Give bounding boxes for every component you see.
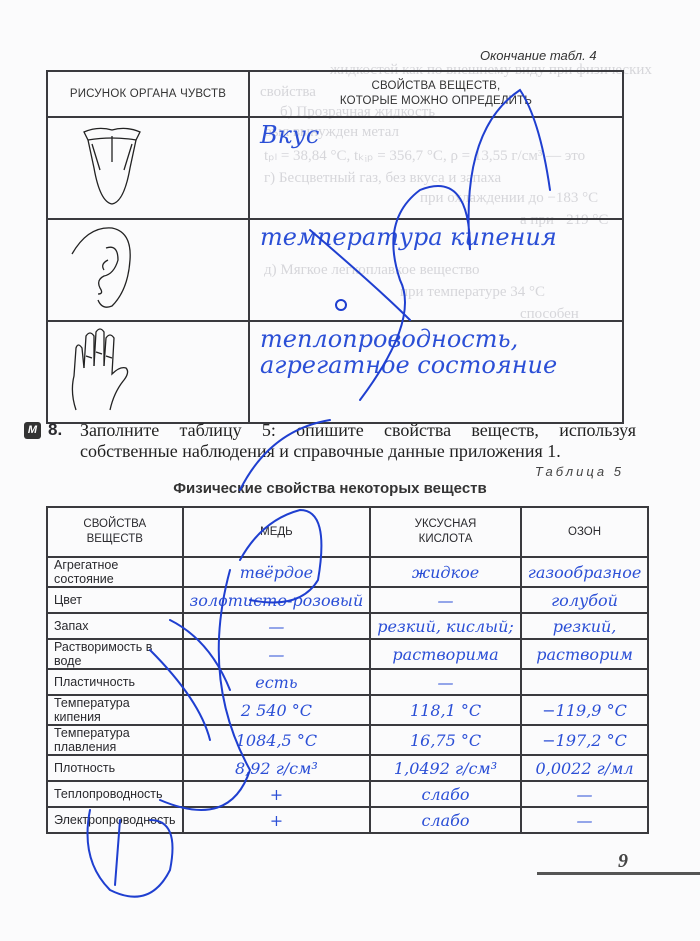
copper-value: + [183, 807, 371, 833]
ozone-value [521, 669, 649, 695]
acetic-acid-value: резкий, кислый; [370, 613, 521, 639]
task-text: Заполните таблицу 5: опишите свойства ве… [80, 420, 636, 462]
copper-value: 2 540 °C [183, 695, 371, 725]
copper-value: есть [183, 669, 371, 695]
table5-label: Таблица 5 [535, 464, 624, 479]
acetic-acid-value: — [370, 587, 521, 613]
table-row: Электропроводность+слабо— [47, 807, 648, 833]
copper-value: твёрдое [183, 557, 371, 587]
property-label: Температура кипения [47, 695, 183, 725]
property-label: Агрегатное состояние [47, 557, 183, 587]
task-number: 8. [48, 420, 62, 440]
table4-header-organ: РИСУНОК ОРГАНА ЧУВСТВ [47, 71, 249, 117]
ozone-value: растворим [521, 639, 649, 669]
acetic-acid-value: — [370, 669, 521, 695]
ozone-value: 0,0022 г/мл [521, 755, 649, 781]
ozone-value: газообразное [521, 557, 649, 587]
property-label: Плотность [47, 755, 183, 781]
acetic-acid-value: 16,75 °C [370, 725, 521, 755]
table5-physical-properties: СВОЙСТВА ВЕЩЕСТВ МЕДЬ УКСУСНАЯ КИСЛОТА О… [46, 506, 649, 834]
property-label: Пластичность [47, 669, 183, 695]
table5-header-ozone: ОЗОН [521, 507, 649, 557]
page-number: 9 [618, 850, 628, 873]
ozone-value: — [521, 781, 649, 807]
copper-value: — [183, 639, 371, 669]
table-row: Вкус [47, 117, 623, 219]
ear-icon [48, 220, 248, 312]
table-row: Температура плавления1084,5 °C16,75 °C−1… [47, 725, 648, 755]
copper-value: золотисто-розовый [183, 587, 371, 613]
ozone-value: голубой [521, 587, 649, 613]
table4-answer-hearing: температура кипения [249, 219, 623, 321]
table5-header-row: СВОЙСТВА ВЕЩЕСТВ МЕДЬ УКСУСНАЯ КИСЛОТА О… [47, 507, 648, 557]
table-row: теплопроводность, агрегатное состояние [47, 321, 623, 423]
table4-answer-taste: Вкус [249, 117, 623, 219]
copper-value: 8,92 г/см³ [183, 755, 371, 781]
ozone-value: — [521, 807, 649, 833]
table5-header-property: СВОЙСТВА ВЕЩЕСТВ [47, 507, 183, 557]
table-row: Агрегатное состояниетвёрдоежидкоегазообр… [47, 557, 648, 587]
table-row: температура кипения [47, 219, 623, 321]
table4-header-properties: СВОЙСТВА ВЕЩЕСТВ, КОТОРЫЕ МОЖНО ОПРЕДЕЛИ… [249, 71, 623, 117]
ozone-value: −197,2 °C [521, 725, 649, 755]
property-label: Электропроводность [47, 807, 183, 833]
acetic-acid-value: слабо [370, 807, 521, 833]
page-footer-rule [537, 872, 700, 875]
ozone-value: резкий, [521, 613, 649, 639]
table-row: Растворимость в воде—растворимарастворим [47, 639, 648, 669]
table-row: Плотность8,92 г/см³1,0492 г/см³0,0022 г/… [47, 755, 648, 781]
property-label: Теплопроводность [47, 781, 183, 807]
table4-organ-cell [47, 117, 249, 219]
copper-value: — [183, 613, 371, 639]
acetic-acid-value: слабо [370, 781, 521, 807]
acetic-acid-value: 118,1 °C [370, 695, 521, 725]
table4-sense-organs: РИСУНОК ОРГАНА ЧУВСТВ СВОЙСТВА ВЕЩЕСТВ, … [46, 70, 624, 424]
table4-organ-cell [47, 219, 249, 321]
property-label: Растворимость в воде [47, 639, 183, 669]
table5-header-copper: МЕДЬ [183, 507, 371, 557]
table-row: Пластичностьесть— [47, 669, 648, 695]
table5-header-acetic-acid: УКСУСНАЯ КИСЛОТА [370, 507, 521, 557]
table4-continuation-label: Окончание табл. 4 [480, 48, 597, 63]
copper-value: 1084,5 °C [183, 725, 371, 755]
copper-value: + [183, 781, 371, 807]
acetic-acid-value: растворима [370, 639, 521, 669]
table5-title: Физические свойства некоторых веществ [0, 480, 660, 497]
property-label: Цвет [47, 587, 183, 613]
table4-header-row: РИСУНОК ОРГАНА ЧУВСТВ СВОЙСТВА ВЕЩЕСТВ, … [47, 71, 623, 117]
table4-organ-cell [47, 321, 249, 423]
table-row: Цветзолотисто-розовый—голубой [47, 587, 648, 613]
ozone-value: −119,9 °C [521, 695, 649, 725]
acetic-acid-value: 1,0492 г/см³ [370, 755, 521, 781]
property-label: Температура плавления [47, 725, 183, 755]
property-label: Запах [47, 613, 183, 639]
table4-answer-touch: теплопроводность, агрегатное состояние [249, 321, 623, 423]
table-row: Теплопроводность+слабо— [47, 781, 648, 807]
table5-body: Агрегатное состояниетвёрдоежидкоегазообр… [47, 557, 648, 833]
m-badge-icon: М [24, 422, 41, 439]
tongue-icon [48, 118, 248, 210]
table-row: Температура кипения2 540 °C118,1 °C−119,… [47, 695, 648, 725]
hand-icon [48, 322, 248, 414]
acetic-acid-value: жидкое [370, 557, 521, 587]
table-row: Запах—резкий, кислый;резкий, [47, 613, 648, 639]
